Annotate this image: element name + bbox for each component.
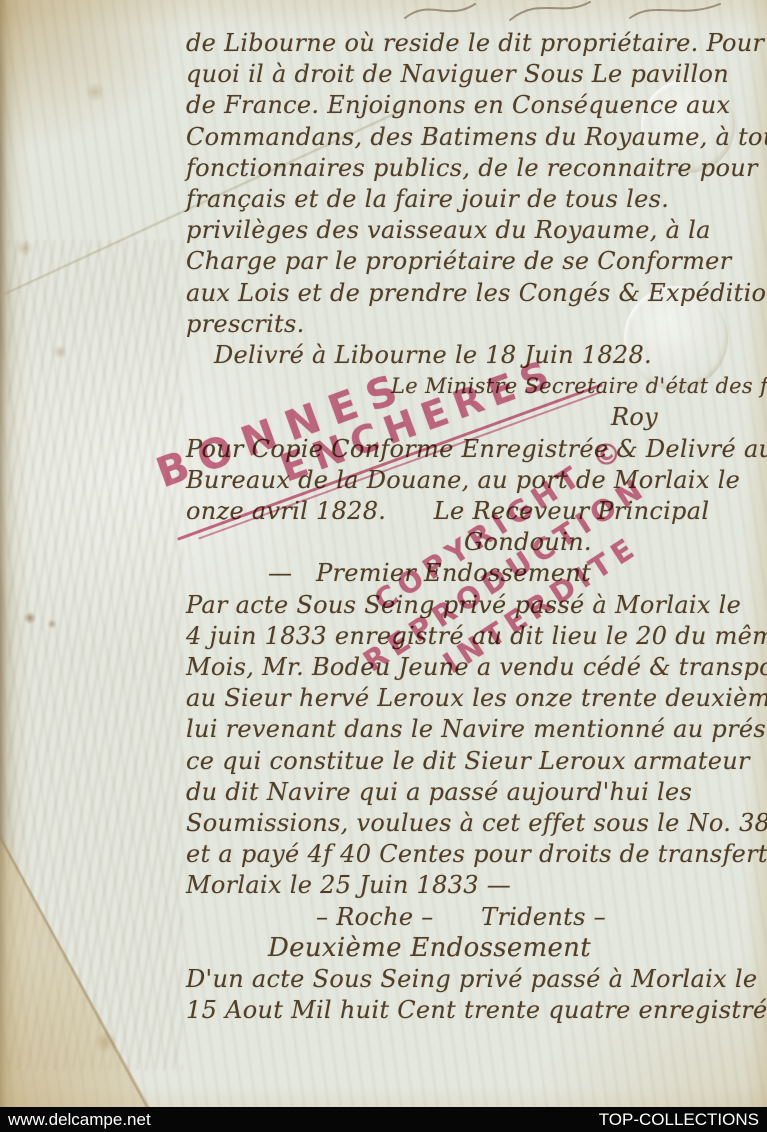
manuscript-line: du dit Navire qui a passé aujourd'hui le…	[186, 777, 767, 808]
footer-brand-label: TOP-COLLECTIONS	[599, 1110, 759, 1130]
manuscript-line: 15 Aout Mil huit Cent trente quatre enre…	[186, 995, 767, 1026]
manuscript-line: quoi il à droit de Naviguer Sous Le pavi…	[186, 59, 767, 90]
manuscript-line: et a payé 4f 40 Centes pour droits de tr…	[186, 839, 767, 870]
manuscript-line: Commandans, des Batimens du Royaume, à t…	[186, 122, 767, 153]
footer-site-label: www.delcampe.net	[8, 1110, 151, 1130]
cut-off-pen-strokes	[400, 0, 730, 24]
manuscript-line: français et de la faire jouir de tous le…	[186, 184, 767, 215]
manuscript-line: Roy	[611, 402, 767, 433]
manuscript-line: Charge par le propriétaire de se Conform…	[186, 246, 767, 277]
manuscript-line: lui revenant dans le Navire mentionné au…	[186, 714, 767, 745]
scanned-document-page: de Libourne où reside le dit propriétair…	[0, 0, 767, 1132]
manuscript-line: – Roche – Tridents –	[316, 902, 767, 933]
manuscript-line: D'un acte Sous Seing privé passé à Morla…	[186, 964, 767, 995]
watermark-footer-bar: www.delcampe.net TOP-COLLECTIONS	[0, 1107, 767, 1132]
manuscript-line: de Libourne où reside le dit propriétair…	[186, 28, 767, 59]
manuscript-line: Deuxième Endossement	[268, 933, 767, 964]
manuscript-line: privilèges des vaisseaux du Royaume, à l…	[186, 215, 767, 246]
manuscript-line: Soumissions, voulues à cet effet sous le…	[186, 808, 767, 839]
manuscript-line: au Sieur hervé Leroux les onze trente de…	[186, 683, 767, 714]
manuscript-line: Morlaix le 25 Juin 1833 —	[186, 870, 767, 901]
manuscript-line: ce qui constitue le dit Sieur Leroux arm…	[186, 746, 767, 777]
manuscript-line: de France. Enjoignons en Conséquence aux	[186, 90, 767, 121]
manuscript-line: fonctionnaires publics, de le reconnaitr…	[186, 153, 767, 184]
manuscript-line: aux Lois et de prendre les Congés & Expé…	[186, 278, 767, 309]
